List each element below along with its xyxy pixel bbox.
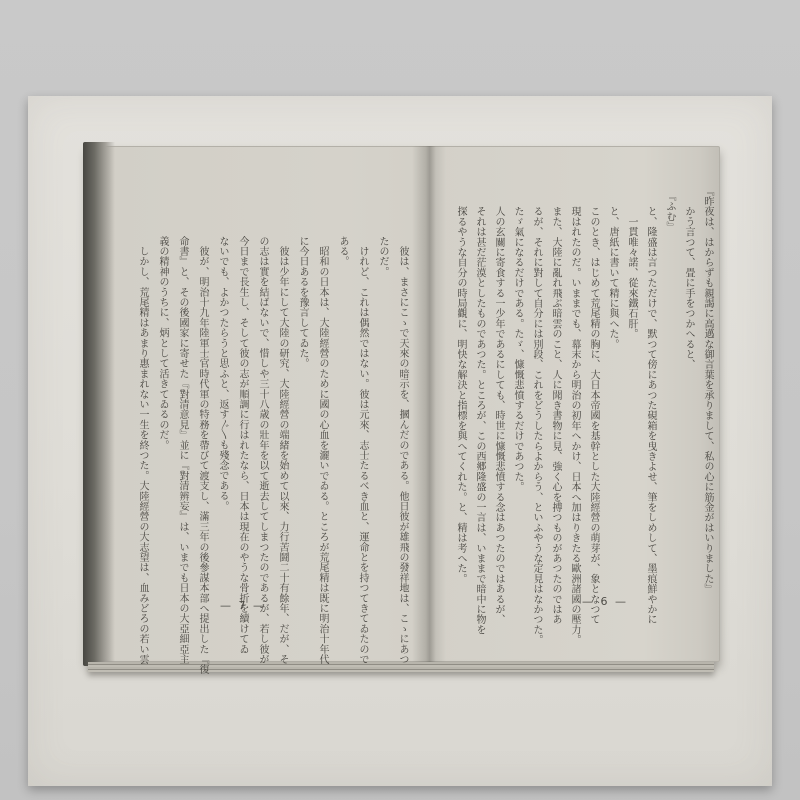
photo-backdrop: 彼は、まさにこゝで天來の暗示を、摑んだのである。他日彼が雄飛の發祥地は、こゝにあ… <box>0 0 800 800</box>
text-column: と、唐紙に書いて精に與へた。 <box>603 186 622 610</box>
text-column: 『ふむ』 <box>660 186 679 610</box>
text-column: の志は實を結ばないで、惜しや三十八歳の壯年を以て逝去してしまつたのであるが、若し… <box>252 236 272 650</box>
text-column: たのだ。 <box>372 236 392 650</box>
text-column: 一貫唯々諾、從來鐵石肝。 <box>622 186 641 610</box>
book-gutter-shadow <box>412 146 446 662</box>
book-left-edge-shadow <box>83 142 115 666</box>
left-page-number: — 7 — <box>220 599 266 612</box>
text-column: と、隆盛は言つただけで、默つて傍にあつた硯箱を曳きよせ、筆をしめして、墨痕鮮やか… <box>641 186 660 610</box>
text-column: 彼が、明治十九年陸軍士官時代軍の特務を帶びて渡支し、滿三年の後參謀本部へ提出した… <box>192 236 212 650</box>
scanned-sheet: 彼は、まさにこゝで天來の暗示を、摑んだのである。他日彼が雄飛の發祥地は、こゝにあ… <box>28 96 772 786</box>
text-column: また、大陸に亂れ飛ぶ暗雲のこと、人に聞き書物に見、強く心を搏つものがあつたのでは… <box>546 186 565 610</box>
text-column: 人の玄關に寄食する一少年であるにしても、時世に慷慨悲憤する念はあつたのではあるが… <box>489 186 508 610</box>
text-column: けれど、これは偶然ではない。彼は元來、志士たるべき血と、運命とを持つてきてゐたの… <box>352 236 372 650</box>
text-column: 今日まで長生し、そして彼の志が順調に行はれたなら、日本は現在のやうな骨折を續けて… <box>232 236 252 650</box>
right-page-number: — 6 — <box>582 595 628 608</box>
text-column: 『昨夜は、はからずも親謁に高邁な御言葉を承りまして、私の心に筋金がはいりました』 <box>698 186 717 610</box>
text-column: しかし、荒尾精はあまり惠まれない一生を終つた。大陸經營の大志望は、血みどろの若い… <box>132 236 152 650</box>
text-column: このとき、はじめて荒尾精の胸に、大日本帝國を基幹とした大陸經營の萌芽が、象となつ… <box>584 186 603 610</box>
text-column: 命書』と、その後國家に寄せた『對清意見』並に『對清辨妄』は、いまでも日本の大亞細… <box>172 236 192 650</box>
text-column: 昭和の日本は、大陸經營のために國の心血を灑いでゐる。ところが荒尾精は既に明治十年… <box>312 236 332 650</box>
right-page-text: 『昨夜は、はからずも親謁に高邁な御言葉を承りまして、私の心に筋金がはいりました』… <box>445 186 717 610</box>
text-column: 彼は、まさにこゝで天來の暗示を、摑んだのである。他日彼が雄飛の發祥地は、こゝにあ… <box>392 236 412 650</box>
text-column: ある。 <box>332 236 352 650</box>
text-column: 探るやうな自分の時局觀に、明快な解決と指標を與へてくれた。と、精は考へた。 <box>451 186 470 610</box>
text-column: 現はれたのだ。いままでも、幕末から明治の初年へかけ、日本へ加はりきたる歐洲諸國の… <box>565 186 584 610</box>
text-column: ないでも、よかつたらうと思ふと、返す〲も殘念である。 <box>212 236 232 650</box>
text-column: それは甚だ茫漠としたものであつた。ところが、この西郷隆盛の一言は、いままで暗中に… <box>470 186 489 610</box>
text-column: 義の精神のうちに、炳として活きてゐるのだ。 <box>152 236 172 650</box>
text-column: たゞ氣になるだけである。たゞ、慷慨悲憤するだけであつた。 <box>508 186 527 610</box>
text-column: に今日あるを豫言してゐた。 <box>292 236 312 650</box>
text-column: るが、それに對して自分には別段、これをどうしたらよからう、といふやうな定見はなか… <box>527 186 546 610</box>
text-column: 彼は少年にして大陸の研究、大陸經營の端緒を始めて以來、力行苦鬪二十有餘年、だが、… <box>272 236 292 650</box>
left-page-text: 彼は、まさにこゝで天來の暗示を、摑んだのである。他日彼が雄飛の發祥地は、こゝにあ… <box>128 236 412 650</box>
text-column: かう言つて、畳に手をつかへると、 <box>679 186 698 610</box>
open-book: 彼は、まさにこゝで天來の暗示を、摑んだのである。他日彼が雄飛の發祥地は、こゝにあ… <box>86 146 720 662</box>
